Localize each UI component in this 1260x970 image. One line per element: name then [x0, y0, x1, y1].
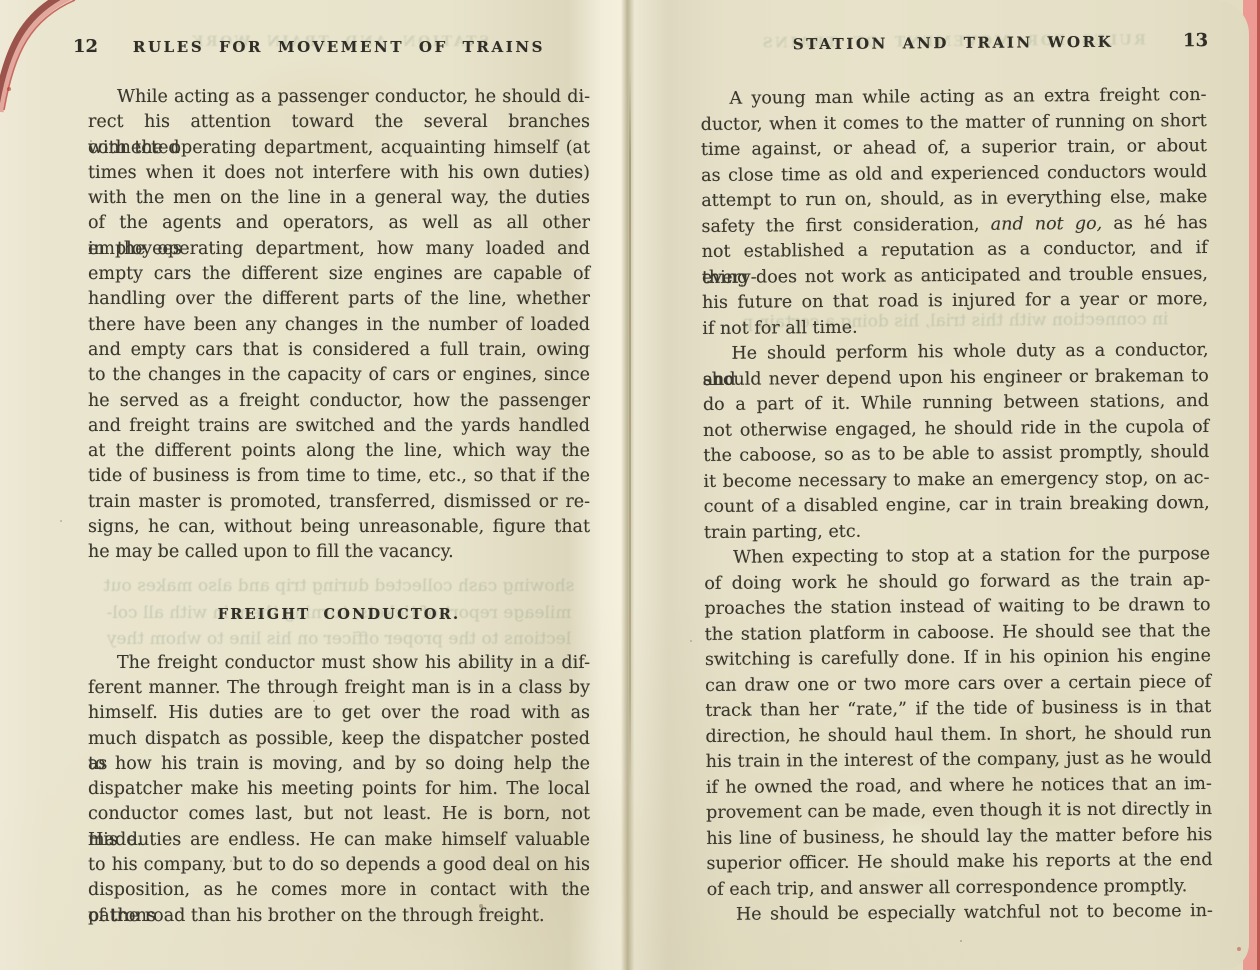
- text-line: He should be especially watchful not to …: [707, 899, 1213, 928]
- text-line: not established a reputation as a conduc…: [702, 236, 1208, 265]
- book-scan: STATION AND TRAIN WORKshowing cash colle…: [0, 0, 1260, 970]
- text-line: his train in the interest of the company…: [706, 746, 1212, 775]
- text-line: and freight trains are switched and the …: [88, 414, 590, 439]
- text-line: if not for all time.: [702, 313, 1208, 342]
- right-page-number: 13: [1183, 30, 1208, 51]
- text-line: switching is carefully done. If in his o…: [705, 644, 1211, 673]
- left-page: STATION AND TRAIN WORKshowing cash colle…: [88, 38, 590, 929]
- text-line: his future on that road is injured for a…: [702, 287, 1208, 316]
- text-line: empty cars the different size engines ar…: [88, 262, 590, 287]
- text-line: signs, he can, without being unreasonabl…: [88, 515, 590, 540]
- text-line: train parting, etc.: [704, 516, 1210, 545]
- text-line: disposition, as he comes more in contact…: [88, 878, 590, 903]
- text-line: as close time as old and experienced con…: [701, 160, 1207, 189]
- text-line: attempt to run on, should, as in everyth…: [701, 185, 1207, 214]
- section-heading: FREIGHT CONDUCTOR.: [88, 606, 590, 624]
- text-line: it become necessary to make an emergency…: [703, 465, 1209, 494]
- text-line: of the road than his brother on the thro…: [88, 904, 590, 929]
- text-line: proaches the station instead of waiting …: [704, 593, 1210, 622]
- text-line: of doing work he should go forward as th…: [704, 567, 1210, 596]
- right-page: RULES FOR MOVEMENT OF TRAINSin connectio…: [700, 32, 1213, 928]
- text-line: the station platform in caboose. He shou…: [705, 618, 1211, 647]
- text-line: he may be called upon to fill the vacanc…: [88, 540, 590, 565]
- text-line: thing does not work as anticipated and t…: [702, 262, 1208, 291]
- text-line: While acting as a passenger conductor, h…: [88, 85, 590, 110]
- text-line: of the agents and operators, as well as …: [88, 211, 590, 236]
- text-segment: safety the first consideration,: [701, 214, 990, 236]
- text-line: ferent manner. The through freight man i…: [88, 676, 590, 701]
- text-line: A young man while acting as an extra fre…: [700, 83, 1206, 112]
- text-line: direction, he should haul them. In short…: [705, 720, 1211, 749]
- red-corner-edge: [0, 0, 78, 118]
- text-line: time against, or ahead of, a superior tr…: [701, 134, 1207, 163]
- text-line: there have been any changes in the numbe…: [88, 313, 590, 338]
- text-line: not otherwise engaged, he should ride in…: [703, 415, 1209, 444]
- text-line: times when it does not interfere with hi…: [88, 161, 590, 186]
- left-page-number: 12: [73, 36, 98, 57]
- gutter-crease: [629, 70, 631, 790]
- text-line: in the operating department, how many lo…: [88, 237, 590, 262]
- text-line: and empty cars that is considered a full…: [88, 338, 590, 363]
- text-line: with the operating department, acquainti…: [88, 136, 590, 161]
- text-line: The freight conductor must show his abil…: [88, 651, 590, 676]
- text-line: track than her “rate,” if the tide of bu…: [705, 695, 1211, 724]
- text-line: When expecting to stop at a station for …: [704, 542, 1210, 571]
- left-page-body: While acting as a passenger conductor, h…: [88, 85, 590, 929]
- text-line: He should perform his whole duty as a co…: [702, 338, 1208, 367]
- text-line: handling over the different parts of the…: [88, 287, 590, 312]
- text-line: rect his attention toward the several br…: [88, 110, 590, 135]
- text-line: train master is promoted, transferred, d…: [88, 490, 590, 515]
- text-line: tide of business is from time to time, e…: [88, 464, 590, 489]
- right-page-header: STATION AND TRAIN WORK 13: [700, 32, 1206, 58]
- text-line: much dispatch as possible, keep the disp…: [88, 727, 590, 752]
- text-line: to the changes in the capacity of cars o…: [88, 363, 590, 388]
- italic-text: and not go,: [991, 213, 1103, 234]
- text-line: the caboose, so as to be able to assist …: [703, 440, 1209, 469]
- right-page-body: A young man while acting as an extra fre…: [700, 83, 1213, 928]
- right-running-header: STATION AND TRAIN WORK: [700, 32, 1206, 54]
- text-line: of each trip, and answer all corresponde…: [707, 873, 1213, 902]
- text-line: at the different points along the line, …: [88, 439, 590, 464]
- text-line: he served as a freight conductor, how th…: [88, 389, 590, 414]
- text-line: safety the first consideration, and not …: [701, 211, 1207, 240]
- text-line: dispatcher make his meeting points for h…: [88, 777, 590, 802]
- text-line: His duties are endless. He can make hims…: [88, 828, 590, 853]
- text-line: ductor, when it comes to the matter of r…: [701, 109, 1207, 138]
- text-line: provement can be made, even though it is…: [706, 797, 1212, 826]
- text-line: to how his train is moving, and by so do…: [88, 752, 590, 777]
- text-line: his line of business, he should lay the …: [706, 822, 1212, 851]
- text-line: if he owned the road, and where he notic…: [706, 771, 1212, 800]
- text-line: count of a disabled engine, car in train…: [704, 491, 1210, 520]
- text-line: should never depend upon his engineer or…: [703, 364, 1209, 393]
- left-running-header: RULES FOR MOVEMENT OF TRAINS: [88, 38, 590, 56]
- text-line: conductor comes last, but not least. He …: [88, 802, 590, 827]
- text-line: can draw one or two more cars over a cer…: [705, 669, 1211, 698]
- text-line: to his company, but to do so depends a g…: [88, 853, 590, 878]
- text-line: with the men on the line in a general wa…: [88, 186, 590, 211]
- text-line: himself. His duties are to get over the …: [88, 701, 590, 726]
- text-line: superior officer. He should make his rep…: [706, 848, 1212, 877]
- left-page-header: 12 RULES FOR MOVEMENT OF TRAINS: [88, 38, 590, 60]
- text-segment: as hé has: [1102, 213, 1207, 234]
- text-line: do a part of it. While running between s…: [703, 389, 1209, 418]
